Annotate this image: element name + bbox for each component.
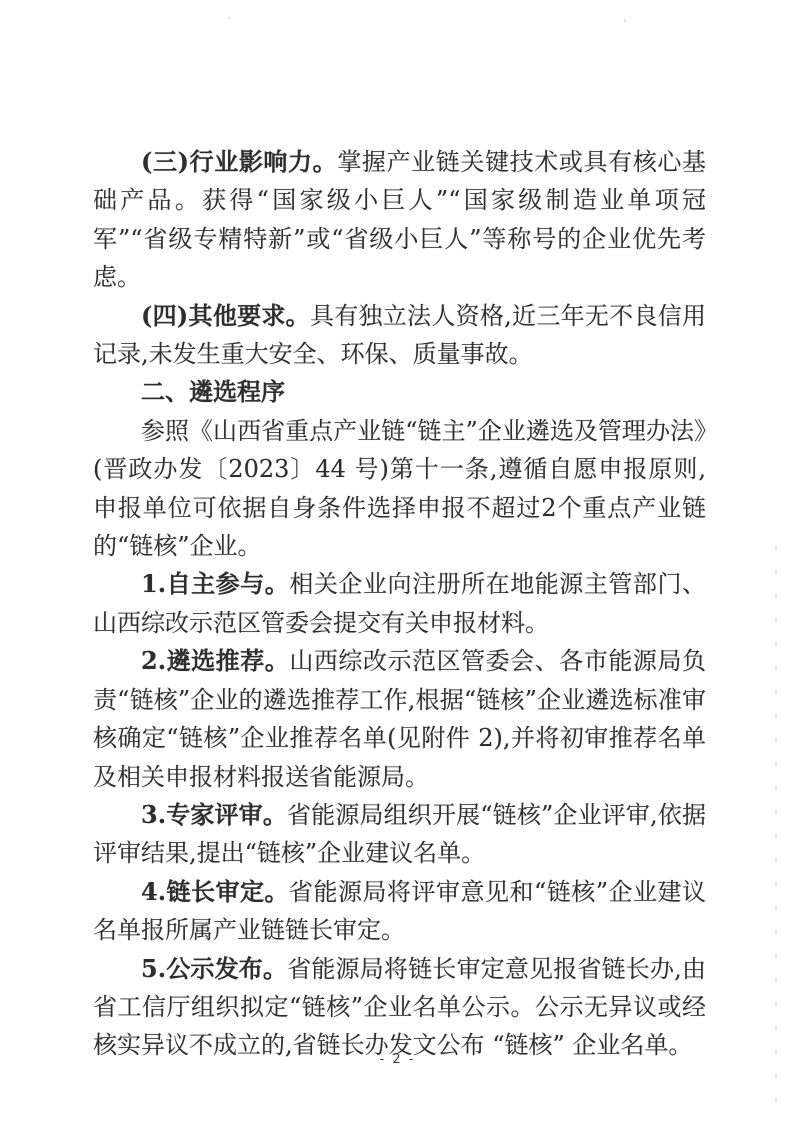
paragraph-clause-4: (四)其他要求。具有独立法人资格,近三年无不良信用记录,未发生重大安全、环保、质…	[93, 297, 706, 374]
step-1-label: 1.自主参与。	[141, 569, 289, 598]
paragraph-step-5: 5.公示发布。省能源局将链长审定意见报省链长办,由省工信厅组织拟定“链核”企业名…	[93, 950, 706, 1065]
page-number: - 2 -	[0, 1052, 795, 1067]
paragraph-step-1: 1.自主参与。相关企业向注册所在地能源主管部门、山西综改示范区管委会提交有关申报…	[93, 565, 706, 642]
document-body: (三)行业影响力。掌握产业链关键技术或具有核心基础产品。获得“国家级小巨人”“国…	[93, 143, 706, 1065]
paragraph-intro: 参照《山西省重点产业链“链主”企业遴选及管理办法》(晋政办发〔2023〕44 号…	[93, 412, 706, 566]
section-heading-selection-procedure: 二、遴选程序	[93, 373, 706, 411]
step-4-label: 4.链长审定。	[141, 877, 289, 906]
step-3-label: 3.专家评审。	[141, 800, 287, 829]
clause-3-label: (三)行业影响力。	[141, 147, 337, 176]
paragraph-clause-3: (三)行业影响力。掌握产业链关键技术或具有核心基础产品。获得“国家级小巨人”“国…	[93, 143, 706, 297]
scan-speck	[624, 19, 626, 22]
paragraph-step-2: 2.遴选推荐。山西综改示范区管委会、各市能源局负责“链核”企业的遴选推荐工作,根…	[93, 642, 706, 796]
step-2-label: 2.遴选推荐。	[141, 646, 289, 675]
scan-edge-noise	[775, 545, 777, 1120]
clause-4-label: (四)其他要求。	[141, 301, 310, 330]
document-page: (三)行业影响力。掌握产业链关键技术或具有核心基础产品。获得“国家级小巨人”“国…	[0, 0, 795, 1122]
intro-text: 参照《山西省重点产业链“链主”企业遴选及管理办法》(晋政办发〔2023〕44 号…	[93, 417, 706, 560]
scan-speck	[228, 17, 230, 19]
paragraph-step-3: 3.专家评审。省能源局组织开展“链核”企业评审,依据评审结果,提出“链核”企业建…	[93, 796, 706, 873]
paragraph-step-4: 4.链长审定。省能源局将评审意见和“链核”企业建议名单报所属产业链链长审定。	[93, 873, 706, 950]
step-5-label: 5.公示发布。	[141, 954, 287, 983]
